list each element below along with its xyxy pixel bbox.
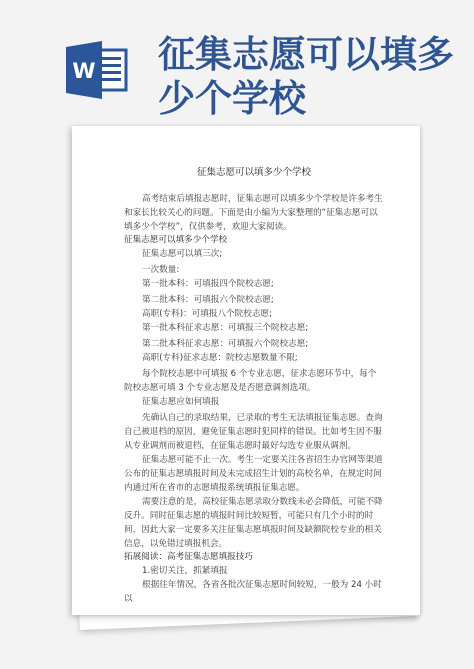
list-item: 第一批本科：可填报四个院校志愿; bbox=[124, 277, 384, 291]
count-line: 一次数量: bbox=[124, 263, 384, 277]
header: W 征集志愿可以填多 少个学校 bbox=[0, 0, 474, 120]
section-heading-2: 征集志愿应如何填报 bbox=[124, 395, 384, 409]
document-page: 征集志愿可以填多少个学校 高考结束后填报志愿时，征集志愿可以填多少个学校是许多考… bbox=[72, 126, 420, 615]
intro-paragraph: 高考结束后填报志愿时，征集志愿可以填多少个学校是许多考生和家长比较关心的问题。下… bbox=[124, 192, 384, 234]
list-item: 高职(专科)：可填报八个院校志愿; bbox=[124, 307, 384, 321]
times-line: 征集志愿可以填三次; bbox=[124, 247, 384, 261]
section-heading-3: 拓展阅读：高考征集志愿填报技巧 bbox=[124, 551, 384, 564]
majors-paragraph: 每个院校志愿中可填报 6 个专业志愿，征求志愿环节中，每个院校志愿可填 3 个专… bbox=[124, 367, 384, 395]
list-item: 第二批本科：可填报六个院校志愿; bbox=[124, 293, 384, 307]
word-document-icon: W bbox=[66, 41, 128, 99]
list-item: 高职(专科)征求志愿：院校志愿数量不限; bbox=[124, 351, 384, 365]
tip-paragraph: 根据往年情况，各省各批次征集志愿时间较短，一般为 24 小时以 bbox=[124, 578, 384, 606]
tip-heading: 1.密切关注，抓紧填报 bbox=[124, 564, 384, 578]
title-line-1: 征集志愿可以填多 bbox=[158, 32, 458, 76]
note-paragraph: 需要注意的是，高校征集志愿录取分数线未必会降低，可能不降反升。同时征集志愿的填报… bbox=[124, 495, 384, 551]
document-body: 征集志愿可以填多少个学校 高考结束后填报志愿时，征集志愿可以填多少个学校是许多考… bbox=[124, 164, 384, 606]
title-line-2: 少个学校 bbox=[158, 76, 458, 120]
list-item: 第二批本科征求志愿：可填报六个院校志愿; bbox=[124, 337, 384, 351]
document-title: 征集志愿可以填多少个学校 bbox=[124, 164, 384, 178]
list-item: 第一批本科征求志愿：可填报三个院校志愿; bbox=[124, 321, 384, 335]
multiple-paragraph: 征集志愿可能不止一次。考生一定要关注各省招生办官网等渠道公布的征集志愿填报时间及… bbox=[124, 453, 384, 495]
check-paragraph: 先确认自己的录取结果，已录取的考生无法填报征集志愿。查询自己被退档的原因，避免征… bbox=[124, 411, 384, 453]
svg-text:W: W bbox=[72, 59, 95, 83]
page-title: 征集志愿可以填多 少个学校 bbox=[158, 32, 458, 120]
section-heading-1: 征集志愿可以填多少个学校 bbox=[124, 234, 384, 247]
